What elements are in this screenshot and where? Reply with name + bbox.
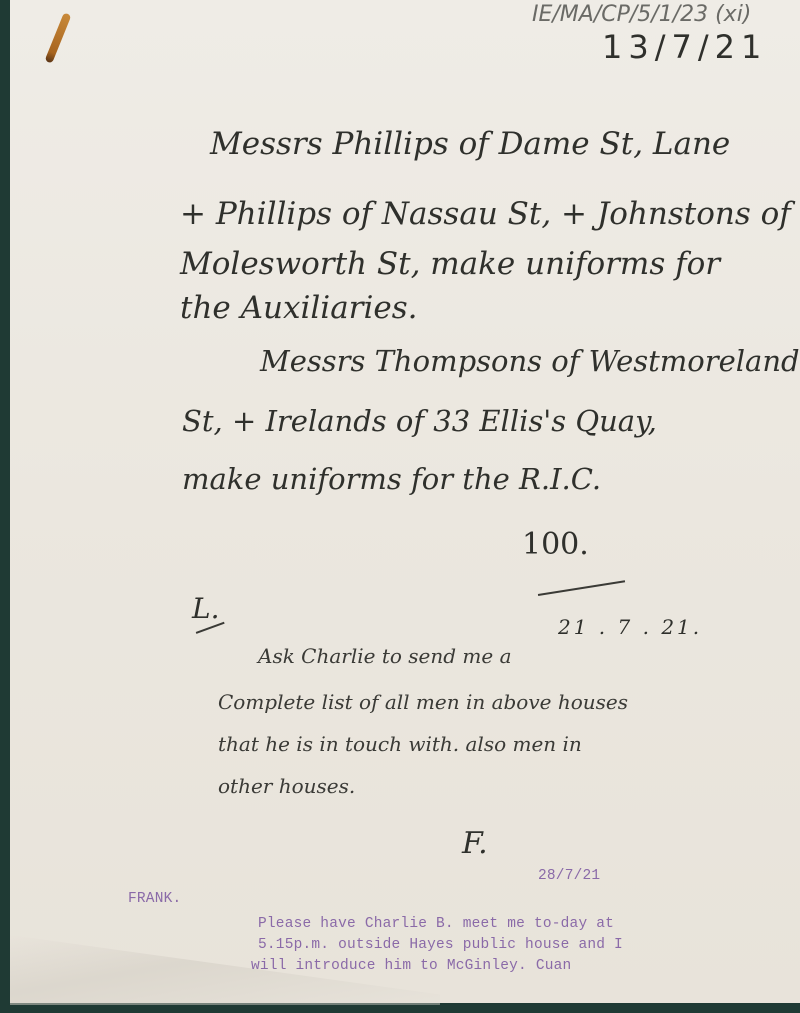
annotation-underline	[538, 580, 625, 595]
note-line-4: other houses.	[218, 774, 355, 798]
annotation-date: 21 . 7 . 21.	[558, 615, 702, 639]
archive-reference: IE/MA/CP/5/1/23 (xi)	[532, 2, 751, 27]
typed-message-line-1: Please have Charlie B. meet me to-day at	[258, 916, 614, 932]
paragraph-2-line-3: make uniforms for the R.I.C.	[182, 462, 601, 496]
annotation-number: 100.	[522, 527, 589, 562]
note-line-3: that he is in touch with. also men in	[218, 732, 582, 756]
typed-message-line-2: 5.15p.m. outside Hayes public house and …	[258, 937, 623, 953]
paragraph-1-line-1: Messrs Phillips of Dame St, Lane	[210, 126, 730, 162]
date-top: 13/7/21	[602, 28, 767, 66]
note-line-1: Ask Charlie to send me a	[258, 644, 512, 668]
typed-message-line-3: will introduce him to McGinley. Cuan	[251, 958, 571, 974]
typed-addressee: FRANK.	[128, 891, 181, 907]
paragraph-2-line-2: St, + Irelands of 33 Ellis's Quay,	[182, 404, 657, 438]
signature-initial: F.	[462, 826, 488, 861]
rust-stain	[45, 12, 72, 63]
typed-date: 28/7/21	[538, 868, 600, 884]
paragraph-2-line-1: Messrs Thompsons of Westmoreland	[260, 344, 800, 378]
document-page: IE/MA/CP/5/1/23 (xi) 13/7/21 Messrs Phil…	[10, 0, 800, 1003]
paragraph-1-line-3: Molesworth St, make uniforms for	[180, 246, 720, 282]
note-line-2: Complete list of all men in above houses	[218, 690, 628, 714]
initial-left: L.	[192, 592, 220, 625]
paragraph-1-line-4: the Auxiliaries.	[180, 290, 418, 326]
paragraph-1-line-2: + Phillips of Nassau St, + Johnstons of	[180, 196, 791, 232]
